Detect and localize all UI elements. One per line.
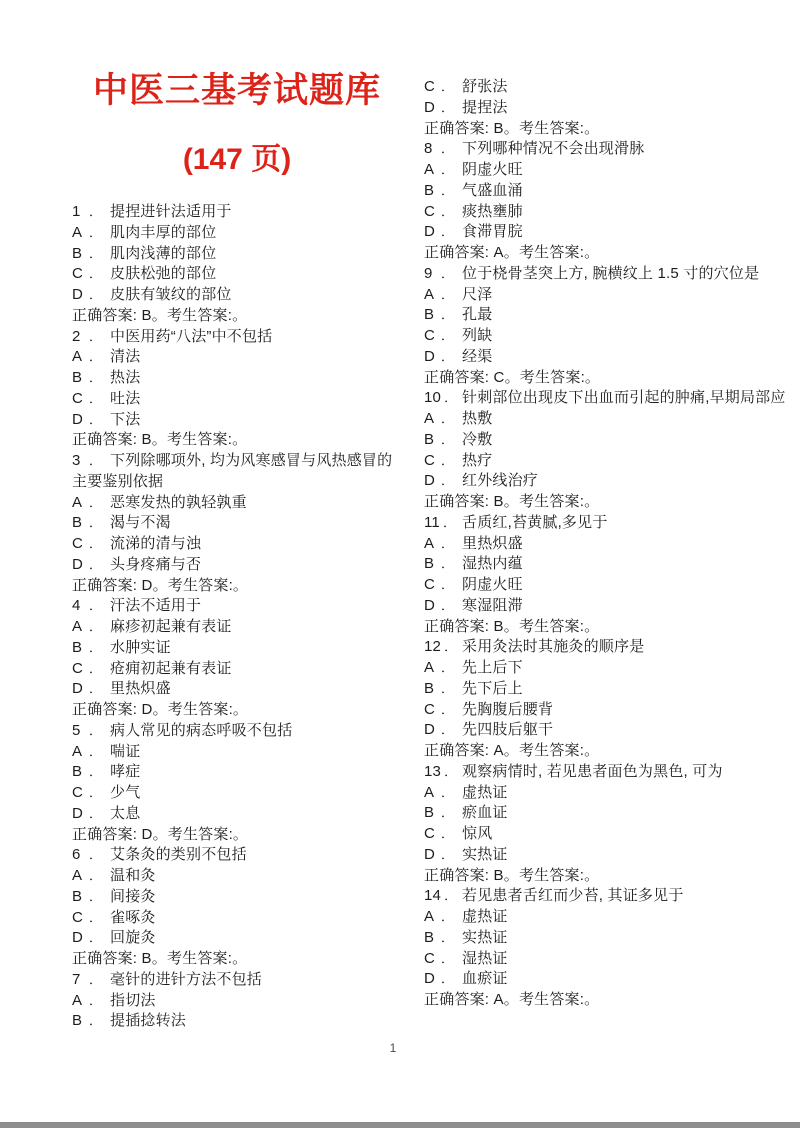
question-text: 若见患者舌红而少苔, 其证多见于 [462, 887, 684, 904]
question-number: 8． [424, 139, 462, 160]
option-letter: D． [424, 845, 462, 866]
option-letter: C． [424, 77, 462, 98]
question-number: 6． [72, 845, 110, 866]
option-line: A．指切法 [72, 991, 402, 1012]
option-letter: B． [72, 368, 110, 389]
question-stem: 5．病人常见的病态呼吸不包括 [72, 721, 402, 742]
option-text: 下法 [110, 411, 140, 428]
document-page: 中医三基考试题库 (147 页) 1．提捏进针法适用于A．肌肉丰厚的部位B．肌肉… [0, 0, 800, 1032]
answer-line: 正确答案: B。考生答案:。 [424, 617, 790, 638]
option-letter: A． [424, 285, 462, 306]
option-letter: C． [72, 783, 110, 804]
option-line: D．太息 [72, 804, 402, 825]
question-text: 毫针的进针方法不包括 [110, 971, 262, 988]
answer-line: 正确答案: D。考生答案:。 [72, 700, 402, 721]
option-letter: D． [424, 969, 462, 990]
option-text: 哮症 [110, 763, 140, 780]
option-line: D．皮肤有皱纹的部位 [72, 285, 402, 306]
option-line: B．湿热内蕴 [424, 554, 790, 575]
option-letter: A． [424, 534, 462, 555]
option-text: 尺泽 [462, 286, 492, 303]
option-text: 先上后下 [462, 659, 523, 676]
question-stem: 12．采用灸法时其施灸的顺序是 [424, 637, 790, 658]
option-line: A．肌肉丰厚的部位 [72, 223, 402, 244]
option-letter: A． [72, 223, 110, 244]
answer-line: 正确答案: B。考生答案:。 [424, 866, 790, 887]
option-text: 提插捻转法 [110, 1012, 186, 1029]
option-text: 实热证 [462, 846, 508, 863]
option-line: C．雀啄灸 [72, 908, 402, 929]
option-line: B．间接灸 [72, 887, 402, 908]
option-text: 阴虚火旺 [462, 161, 523, 178]
option-line: D．血瘀证 [424, 969, 790, 990]
option-text: 实热证 [462, 929, 508, 946]
option-text: 列缺 [462, 327, 492, 344]
option-text: 疮痈初起兼有表证 [110, 660, 232, 677]
question-stem: 8．下列哪种情况不会出现滑脉 [424, 139, 790, 160]
answer-line: 正确答案: B。考生答案:。 [72, 430, 402, 451]
question-number: 11． [424, 513, 462, 534]
question-number: 13． [424, 762, 462, 783]
option-text: 流涕的清与浊 [110, 535, 201, 552]
question-text: 下列哪种情况不会出现滑脉 [462, 140, 644, 157]
option-line: A．温和灸 [72, 866, 402, 887]
question-stem: 13．观察病情时, 若见患者面色为黑色, 可为 [424, 762, 790, 783]
option-text: 提捏法 [462, 99, 508, 116]
option-letter: C． [72, 389, 110, 410]
option-text: 气盛血涌 [462, 182, 523, 199]
option-text: 热疗 [462, 452, 492, 469]
option-line: D．里热炽盛 [72, 679, 402, 700]
option-line: B．热法 [72, 368, 402, 389]
option-letter: D． [424, 471, 462, 492]
question-stem: 4．汗法不适用于 [72, 596, 402, 617]
option-line: C．流涕的清与浊 [72, 534, 402, 555]
answer-line: 正确答案: C。考生答案:。 [424, 368, 790, 389]
option-line: A．喘证 [72, 742, 402, 763]
option-letter: B． [72, 638, 110, 659]
option-line: D．实热证 [424, 845, 790, 866]
option-letter: D． [424, 222, 462, 243]
option-line: B．水肿实证 [72, 638, 402, 659]
question-text: 针刺部位出现皮下出血而引起的肿痛,早期局部应 [462, 389, 786, 406]
option-line: B．先下后上 [424, 679, 790, 700]
option-line: A．麻疹初起兼有表证 [72, 617, 402, 638]
option-letter: B． [72, 762, 110, 783]
answer-line: 正确答案: B。考生答案:。 [424, 492, 790, 513]
question-number: 4． [72, 596, 110, 617]
answer-line: 正确答案: D。考生答案:。 [72, 825, 402, 846]
option-text: 热敷 [462, 410, 492, 427]
option-text: 寒湿阻滞 [462, 597, 523, 614]
option-line: C．皮肤松弛的部位 [72, 264, 402, 285]
option-text: 虚热证 [462, 908, 508, 925]
option-text: 头身疼痛与否 [110, 556, 201, 573]
option-line: A．虚热证 [424, 783, 790, 804]
left-column: 中医三基考试题库 (147 页) 1．提捏进针法适用于A．肌肉丰厚的部位B．肌肉… [72, 0, 402, 1032]
question-stem: 10．针刺部位出现皮下出血而引起的肿痛,早期局部应 [424, 388, 790, 409]
option-letter: D． [72, 928, 110, 949]
option-text: 先四肢后躯干 [462, 721, 553, 738]
option-text: 清法 [110, 348, 140, 365]
option-letter: A． [72, 991, 110, 1012]
option-letter: A． [72, 493, 110, 514]
option-letter: B． [424, 305, 462, 326]
option-letter: D． [424, 596, 462, 617]
option-text: 湿热内蕴 [462, 555, 523, 572]
option-letter: C． [424, 824, 462, 845]
question-number: 3． [72, 451, 110, 472]
option-line: D．先四肢后躯干 [424, 720, 790, 741]
option-letter: C． [424, 451, 462, 472]
question-text: 舌质红,苔黄腻,多见于 [462, 514, 608, 531]
question-number: 14． [424, 886, 462, 907]
option-line: A．里热炽盛 [424, 534, 790, 555]
option-letter: B． [424, 679, 462, 700]
option-text: 红外线治疗 [462, 472, 538, 489]
option-text: 惊风 [462, 825, 492, 842]
option-letter: B． [72, 513, 110, 534]
option-letter: B． [424, 430, 462, 451]
question-number: 2． [72, 327, 110, 348]
option-letter: A． [72, 347, 110, 368]
option-line: C．疮痈初起兼有表证 [72, 659, 402, 680]
answer-line: 正确答案: A。考生答案:。 [424, 990, 790, 1011]
document-subtitle: (147 页) [72, 140, 402, 180]
option-line: B．肌肉浅薄的部位 [72, 244, 402, 265]
question-stem: 2．中医用药“八法”中不包括 [72, 327, 402, 348]
option-letter: A． [72, 742, 110, 763]
option-line: C．少气 [72, 783, 402, 804]
option-letter: A． [72, 617, 110, 638]
option-letter: B． [424, 928, 462, 949]
option-text: 温和灸 [110, 867, 156, 884]
option-line: C．吐法 [72, 389, 402, 410]
option-letter: D． [424, 347, 462, 368]
question-number: 9． [424, 264, 462, 285]
option-letter: D． [72, 285, 110, 306]
option-text: 冷敷 [462, 431, 492, 448]
option-text: 皮肤有皱纹的部位 [110, 286, 232, 303]
option-line: C．先胸腹后腰背 [424, 700, 790, 721]
option-letter: B． [424, 803, 462, 824]
option-letter: A． [72, 866, 110, 887]
question-number: 1． [72, 202, 110, 223]
option-text: 孔最 [462, 306, 492, 323]
option-line: D．回旋灸 [72, 928, 402, 949]
page-number: 1 [0, 1041, 786, 1055]
option-letter: C． [424, 202, 462, 223]
answer-line: 正确答案: B。考生答案:。 [424, 119, 790, 140]
option-letter: C． [424, 326, 462, 347]
answer-line: 正确答案: A。考生答案:。 [424, 741, 790, 762]
question-text: 病人常见的病态呼吸不包括 [110, 722, 292, 739]
option-text: 水肿实证 [110, 639, 171, 656]
option-letter: A． [424, 658, 462, 679]
option-line: C．痰热壅肺 [424, 202, 790, 223]
option-line: C．阴虚火旺 [424, 575, 790, 596]
option-text: 少气 [110, 784, 140, 801]
option-letter: C． [72, 659, 110, 680]
option-letter: B． [72, 887, 110, 908]
question-stem: 11．舌质红,苔黄腻,多见于 [424, 513, 790, 534]
question-text: 中医用药“八法”中不包括 [110, 328, 272, 345]
answer-line: 正确答案: B。考生答案:。 [72, 306, 402, 327]
option-line: D．提捏法 [424, 98, 790, 119]
option-line: D．经渠 [424, 347, 790, 368]
option-letter: B． [72, 244, 110, 265]
option-line: B．提插捻转法 [72, 1011, 402, 1032]
option-letter: C． [424, 700, 462, 721]
question-column-left: 1．提捏进针法适用于A．肌肉丰厚的部位B．肌肉浅薄的部位C．皮肤松弛的部位D．皮… [72, 202, 402, 1032]
question-column-right: C．舒张法D．提捏法正确答案: B。考生答案:。8．下列哪种情况不会出现滑脉A．… [424, 77, 790, 1011]
question-text: 下列除哪项外, 均为风寒感冒与风热感冒的主要鉴别依据 [72, 452, 392, 490]
option-letter: C． [72, 264, 110, 285]
question-text: 观察病情时, 若见患者面色为黑色, 可为 [462, 763, 723, 780]
option-text: 里热炽盛 [110, 680, 171, 697]
option-line: B．瘀血证 [424, 803, 790, 824]
option-letter: D． [72, 804, 110, 825]
option-text: 指切法 [110, 992, 156, 1009]
option-text: 吐法 [110, 390, 140, 407]
question-text: 采用灸法时其施灸的顺序是 [462, 638, 644, 655]
question-stem: 7．毫针的进针方法不包括 [72, 970, 402, 991]
option-letter: D． [72, 679, 110, 700]
question-stem: 1．提捏进针法适用于 [72, 202, 402, 223]
option-text: 渴与不渴 [110, 514, 171, 531]
option-letter: C． [424, 575, 462, 596]
option-text: 经渠 [462, 348, 492, 365]
question-number: 7． [72, 970, 110, 991]
option-text: 食滞胃脘 [462, 223, 523, 240]
question-text: 汗法不适用于 [110, 597, 201, 614]
option-line: A．恶寒发热的孰轻孰重 [72, 493, 402, 514]
question-stem: 3．下列除哪项外, 均为风寒感冒与风热感冒的主要鉴别依据 [72, 451, 402, 493]
question-text: 艾条灸的类别不包括 [110, 846, 247, 863]
question-stem: 14．若见患者舌红而少苔, 其证多见于 [424, 886, 790, 907]
option-text: 湿热证 [462, 950, 508, 967]
answer-line: 正确答案: B。考生答案:。 [72, 949, 402, 970]
option-letter: A． [424, 160, 462, 181]
option-line: D．红外线治疗 [424, 471, 790, 492]
option-line: A．清法 [72, 347, 402, 368]
option-text: 回旋灸 [110, 929, 156, 946]
option-text: 血瘀证 [462, 970, 508, 987]
option-letter: B． [424, 554, 462, 575]
option-line: C．热疗 [424, 451, 790, 472]
option-text: 先胸腹后腰背 [462, 701, 553, 718]
option-text: 阴虚火旺 [462, 576, 523, 593]
option-text: 麻疹初起兼有表证 [110, 618, 232, 635]
option-letter: A． [424, 907, 462, 928]
answer-line: 正确答案: A。考生答案:。 [424, 243, 790, 264]
option-line: A．先上后下 [424, 658, 790, 679]
option-line: B．渴与不渴 [72, 513, 402, 534]
option-text: 太息 [110, 805, 140, 822]
option-line: C．惊风 [424, 824, 790, 845]
question-text: 提捏进针法适用于 [110, 203, 232, 220]
option-line: D．食滞胃脘 [424, 222, 790, 243]
option-line: D．寒湿阻滞 [424, 596, 790, 617]
option-letter: D． [424, 98, 462, 119]
option-line: A．热敷 [424, 409, 790, 430]
option-text: 雀啄灸 [110, 909, 156, 926]
option-text: 痰热壅肺 [462, 203, 523, 220]
option-line: C．舒张法 [424, 77, 790, 98]
option-text: 虚热证 [462, 784, 508, 801]
answer-line: 正确答案: D。考生答案:。 [72, 576, 402, 597]
question-number: 10． [424, 388, 462, 409]
option-letter: B． [424, 181, 462, 202]
option-text: 恶寒发热的孰轻孰重 [110, 494, 247, 511]
option-text: 热法 [110, 369, 140, 386]
option-line: C．湿热证 [424, 949, 790, 970]
question-number: 5． [72, 721, 110, 742]
option-letter: C． [424, 949, 462, 970]
question-number: 12． [424, 637, 462, 658]
document-title: 中医三基考试题库 [72, 68, 402, 114]
footer-bar [0, 1122, 800, 1128]
option-text: 肌肉丰厚的部位 [110, 224, 216, 241]
question-stem: 9．位于桡骨茎突上方, 腕横纹上 1.5 寸的穴位是 [424, 264, 790, 285]
option-letter: D． [72, 410, 110, 431]
option-line: B．气盛血涌 [424, 181, 790, 202]
option-line: B．实热证 [424, 928, 790, 949]
option-text: 皮肤松弛的部位 [110, 265, 216, 282]
option-text: 瘀血证 [462, 804, 508, 821]
option-line: B．哮症 [72, 762, 402, 783]
option-text: 先下后上 [462, 680, 523, 697]
option-line: D．头身疼痛与否 [72, 555, 402, 576]
option-text: 里热炽盛 [462, 535, 523, 552]
option-line: D．下法 [72, 410, 402, 431]
option-text: 舒张法 [462, 78, 508, 95]
option-letter: C． [72, 534, 110, 555]
option-line: B．冷敷 [424, 430, 790, 451]
option-text: 喘证 [110, 743, 140, 760]
option-line: A．阴虚火旺 [424, 160, 790, 181]
option-line: B．孔最 [424, 305, 790, 326]
question-text: 位于桡骨茎突上方, 腕横纹上 1.5 寸的穴位是 [462, 265, 759, 282]
option-letter: B． [72, 1011, 110, 1032]
option-letter: D． [72, 555, 110, 576]
option-letter: D． [424, 720, 462, 741]
right-column: C．舒张法D．提捏法正确答案: B。考生答案:。8．下列哪种情况不会出现滑脉A．… [424, 0, 790, 1011]
option-text: 肌肉浅薄的部位 [110, 245, 216, 262]
option-letter: A． [424, 409, 462, 430]
option-line: A．虚热证 [424, 907, 790, 928]
option-letter: C． [72, 908, 110, 929]
option-text: 间接灸 [110, 888, 156, 905]
option-line: C．列缺 [424, 326, 790, 347]
option-line: A．尺泽 [424, 285, 790, 306]
question-stem: 6．艾条灸的类别不包括 [72, 845, 402, 866]
option-letter: A． [424, 783, 462, 804]
